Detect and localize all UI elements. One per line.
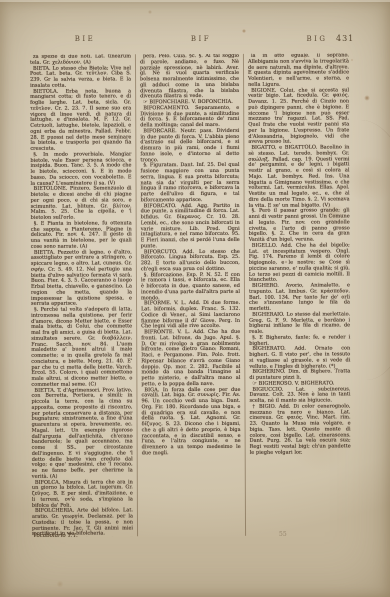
running-head-right: BIG (259, 35, 375, 47)
entry-paragraph: BIGIONE. Colui, che si accosta sul vesti… (248, 88, 349, 146)
entry-paragraph: BIFOLCA. Misura di terra che ara in un g… (32, 480, 133, 509)
entry-paragraph: pera. Pelo. Cuia. §c. §. Al tal soggio d… (140, 54, 239, 100)
entry-paragraph: BIETTA. Pezzetto di legno, o d'altro, as… (31, 250, 132, 308)
entry-paragraph: BIFORCUTO. Add. Lo stesso che Biforcato.… (141, 249, 240, 272)
running-head: BIE BIF BIG (27, 35, 375, 47)
entry-paragraph: BIFORCAMENTO. Separamento, e Divisione i… (140, 106, 239, 129)
entry-paragraph: BIFORME. V. L. Add. Di due forme. Lat. b… (141, 301, 240, 330)
scanned-dictionary-page: BIE BIF BIG 431 za spezie di due noti. L… (0, 0, 390, 597)
sheet-signature-mark: 55 (279, 531, 287, 538)
entry-paragraph: §. Biforcazione. Esp. P. N. 52. E con le… (141, 272, 240, 301)
text-column-1: za spezie di due noti. Lat. tinearum tel… (26, 54, 137, 536)
entry-paragraph: §. E Pianta in bietolone, fu ottenuta ch… (31, 221, 132, 250)
entry-paragraph: BIGELLO. Add. Che ha del bigello; Lat. e… (249, 243, 350, 284)
entry-paragraph: † BIGIO. Add. Di color cenerognolo, mezz… (249, 404, 350, 456)
running-head-center: BIF (143, 35, 259, 47)
entry-paragraph: BIETOLONE. Pinzero, Semenzuolo di bietol… (31, 187, 132, 222)
entry-paragraph: BIETA. Lo stesso che Bietola; Vive nel P… (30, 66, 131, 89)
entry-paragraph: §. Figuratam. Dant. Inf. 25. Del qual fu… (140, 163, 239, 204)
text-column-3: la in atto eguale. Il soprano. Allebigam… (244, 53, 355, 535)
entry-paragraph: BIGATTO, e BIGATTOLO. Bacolino in sè ste… (248, 145, 349, 209)
entry-paragraph: BIFORCATO. Add. Agg. Partito in due punt… (141, 203, 240, 249)
entry-paragraph: la in atto eguale. Il soprano. Allebigam… (248, 53, 349, 88)
entry-paragraph: BIFRONTE. V. L. Add. Che ha due fronti. … (141, 330, 240, 388)
entry-paragraph: BIGIUCCIO. Lat. subcinereus. Davanz. Col… (249, 387, 350, 405)
entry-paragraph: BIGHERAIO. Lo stesso dal merlettaio. Gre… (249, 312, 350, 335)
entry-paragraph: §. Perché tal volta s'adopera di latta, … (31, 307, 132, 388)
entry-paragraph: §. In modo proverbiale, Mangiar bietole,… (30, 152, 131, 187)
entry-paragraph: §. Però il passar grosso grande; gli ann… (249, 209, 350, 244)
text-column-2: pera. Pelo. Cuia. §c. §. Al tal soggio d… (135, 54, 246, 536)
entry-paragraph: BIFORCARE. Neutr. pass. Dividersi in due… (140, 129, 239, 164)
entry-paragraph: BIGHERATO. Add. Ornato con bigheri. G. I… (249, 347, 350, 370)
entry-paragraph: BIGHERO. Avorio, Animaletto, e trapunto.… (249, 283, 350, 312)
running-head-left: BIE (27, 35, 143, 47)
page-number: 431 (336, 34, 354, 43)
entry-paragraph: BIGA. In forza dalle cose per due cavall… (141, 387, 240, 456)
entry-paragraph: BIETTA. T. d'Agrimensori. Prov. lativo, … (31, 388, 132, 480)
entry-paragraph: BIETOLA. Erba nota, buona a mangiarsi co… (30, 89, 131, 153)
page-top-edge (0, 0, 390, 2)
volume-signature: Vocabolario T. I. (33, 533, 78, 539)
dictionary-text-block: za spezie di due noti. Lat. tinearum tel… (26, 53, 378, 537)
